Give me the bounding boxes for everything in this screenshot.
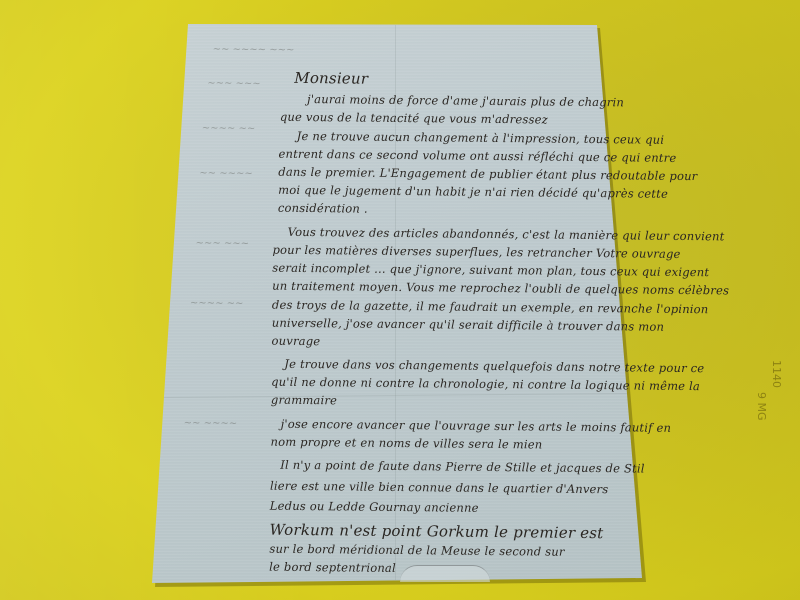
letter-line: Vous trouvez des articles abandonnés, c'…	[288, 225, 725, 244]
letter-line: liere est une ville bien connue dans le …	[270, 479, 608, 497]
faint-marginalia: ~~ ~~~~	[199, 168, 253, 180]
letter-line: ouvrage	[271, 334, 320, 349]
letter-line: Ledus ou Ledde Gournay ancienne	[270, 499, 479, 515]
faint-marginalia: ~~~ ~~~	[196, 238, 250, 250]
faint-marginalia: ~~ ~~~~	[184, 418, 238, 430]
salutation: Monsieur	[294, 69, 368, 88]
letter-line: Workum n'est point Gorkum le premier est	[269, 521, 603, 542]
letter-line: dans le premier. L'Engagement de publier…	[278, 165, 697, 183]
letter-line: nom propre et en noms de villes sera le …	[270, 435, 542, 452]
handwritten-letter: ~~ ~~~~ ~~~ ~~~ ~~~ ~~~~ ~~ ~~ ~~~~ ~~~ …	[0, 0, 800, 600]
letter-line: entrent dans ce second volume ont aussi …	[278, 147, 676, 165]
letter-line: j'aurai moins de force d'ame j'aurais pl…	[307, 92, 624, 109]
letter-line: qu'il ne donne ni contre la chronologie,…	[271, 375, 700, 393]
letter-line: universelle, j'ose avancer qu'il serait …	[272, 316, 665, 334]
letter-line: le bord septentrional	[269, 560, 396, 575]
letter-line: sur le bord méridional de la Meuse le se…	[269, 542, 564, 559]
letter-line: j'ose encore avancer que l'ouvrage sur l…	[281, 417, 672, 435]
letter-line: des troys de la gazette, il me faudrait …	[272, 298, 709, 317]
letter-line: que vous de la tenacité que vous m'adres…	[280, 110, 548, 127]
faint-marginalia: ~~~~ ~~	[190, 298, 244, 310]
letter-line: Je ne trouve aucun changement à l'impres…	[297, 129, 665, 147]
letter-line: pour les matières diverses superflues, l…	[272, 243, 680, 261]
faint-marginalia: ~~~ ~~~	[207, 78, 261, 90]
letter-line: serait incomplet ... que j'ignore, suiva…	[272, 261, 709, 280]
faint-marginalia: ~~~~ ~~	[202, 123, 256, 135]
letter-line: un traitement moyen. Vous me reprochez l…	[272, 279, 729, 298]
faint-marginalia: ~~ ~~~~ ~~~	[213, 44, 295, 56]
letter-line: grammaire	[271, 393, 337, 408]
letter-line: Je trouve dans vos changements quelquefo…	[284, 357, 704, 375]
letter-line: Il n'y a point de faute dans Pierre de S…	[280, 458, 645, 476]
letter-line: moi que le jugement d'un habit je n'ai r…	[278, 183, 668, 201]
letter-line: considération .	[278, 201, 368, 216]
